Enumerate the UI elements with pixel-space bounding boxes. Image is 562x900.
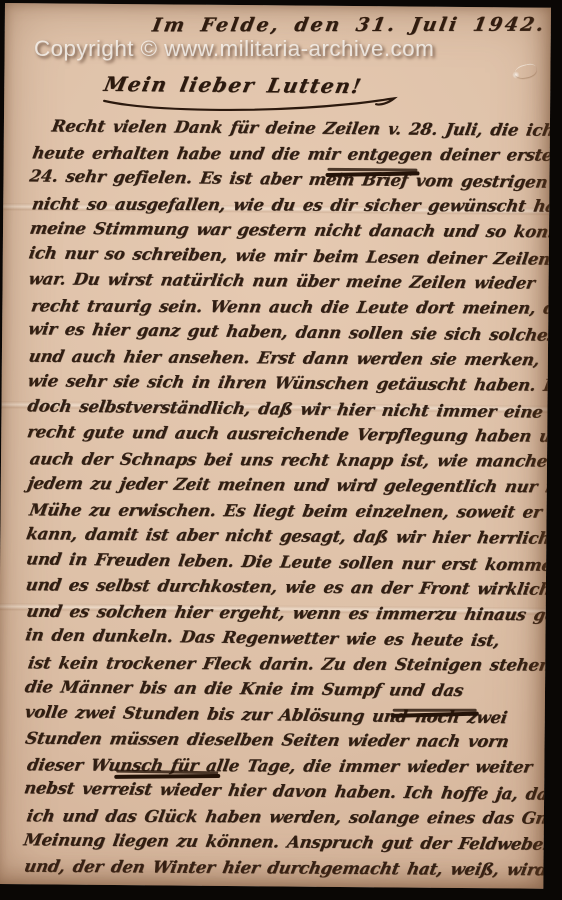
handwriting-line: nicht so ausgefallen, wie du es dir sich…	[30, 191, 550, 219]
handwriting-line: ich und das Glück haben werden, solange …	[25, 803, 545, 831]
handwriting-line: recht gute und auch ausreichende Verpfle…	[25, 419, 544, 449]
handwriting-line: in den dunkeln. Das Regenwetter wie es h…	[24, 622, 543, 654]
handwriting-line: Stunden müssen dieselben Seiten wieder n…	[23, 726, 543, 755]
handwriting-line: und, der den Winter hier durchgemacht ha…	[22, 853, 542, 882]
handwriting-line: und es selbst durchkosten, wie es an der…	[24, 572, 543, 602]
handwriting-line: Recht vielen Dank für deine Zeilen v. 28…	[28, 113, 547, 143]
letter-body: Recht vielen Dank für deine Zeilen v. 28…	[23, 113, 545, 882]
handwriting-line: 24. sehr gefielen. Es ist aber mein Brie…	[28, 163, 547, 195]
handwriting-line: Mühe zu erwischen. Es liegt beim einzeln…	[27, 497, 547, 525]
handwriting-line: und auch hier ansehen. Erst dann werden …	[27, 343, 547, 372]
handwriting-line: war. Du wirst natürlich nun über meine Z…	[26, 266, 545, 296]
handwriting-line: auch der Schnaps bei uns recht knapp ist…	[28, 446, 548, 474]
handwriting-line: ist kein trockener Fleck darin. Zu den S…	[26, 650, 546, 678]
letter-salutation: Mein lieber Lutten!	[104, 72, 362, 98]
handwriting-line: jedem zu jeder Zeit meinen und wird gele…	[25, 471, 545, 500]
letter-paper: Im Felde, den 31. Juli 1942. Mein lieber…	[0, 3, 551, 889]
handwriting-line: Meinung liegen zu können. Anspruch gut d…	[22, 827, 541, 857]
paper-tear	[504, 62, 538, 86]
scanned-letter-photo: Im Felde, den 31. Juli 1942. Mein lieber…	[0, 0, 562, 900]
letter-dateline: Im Felde, den 31. Juli 1942.	[151, 14, 548, 37]
underline-flourish-icon	[100, 94, 400, 117]
handwriting-line: nebst verreist wieder hier davon haben. …	[22, 775, 541, 807]
